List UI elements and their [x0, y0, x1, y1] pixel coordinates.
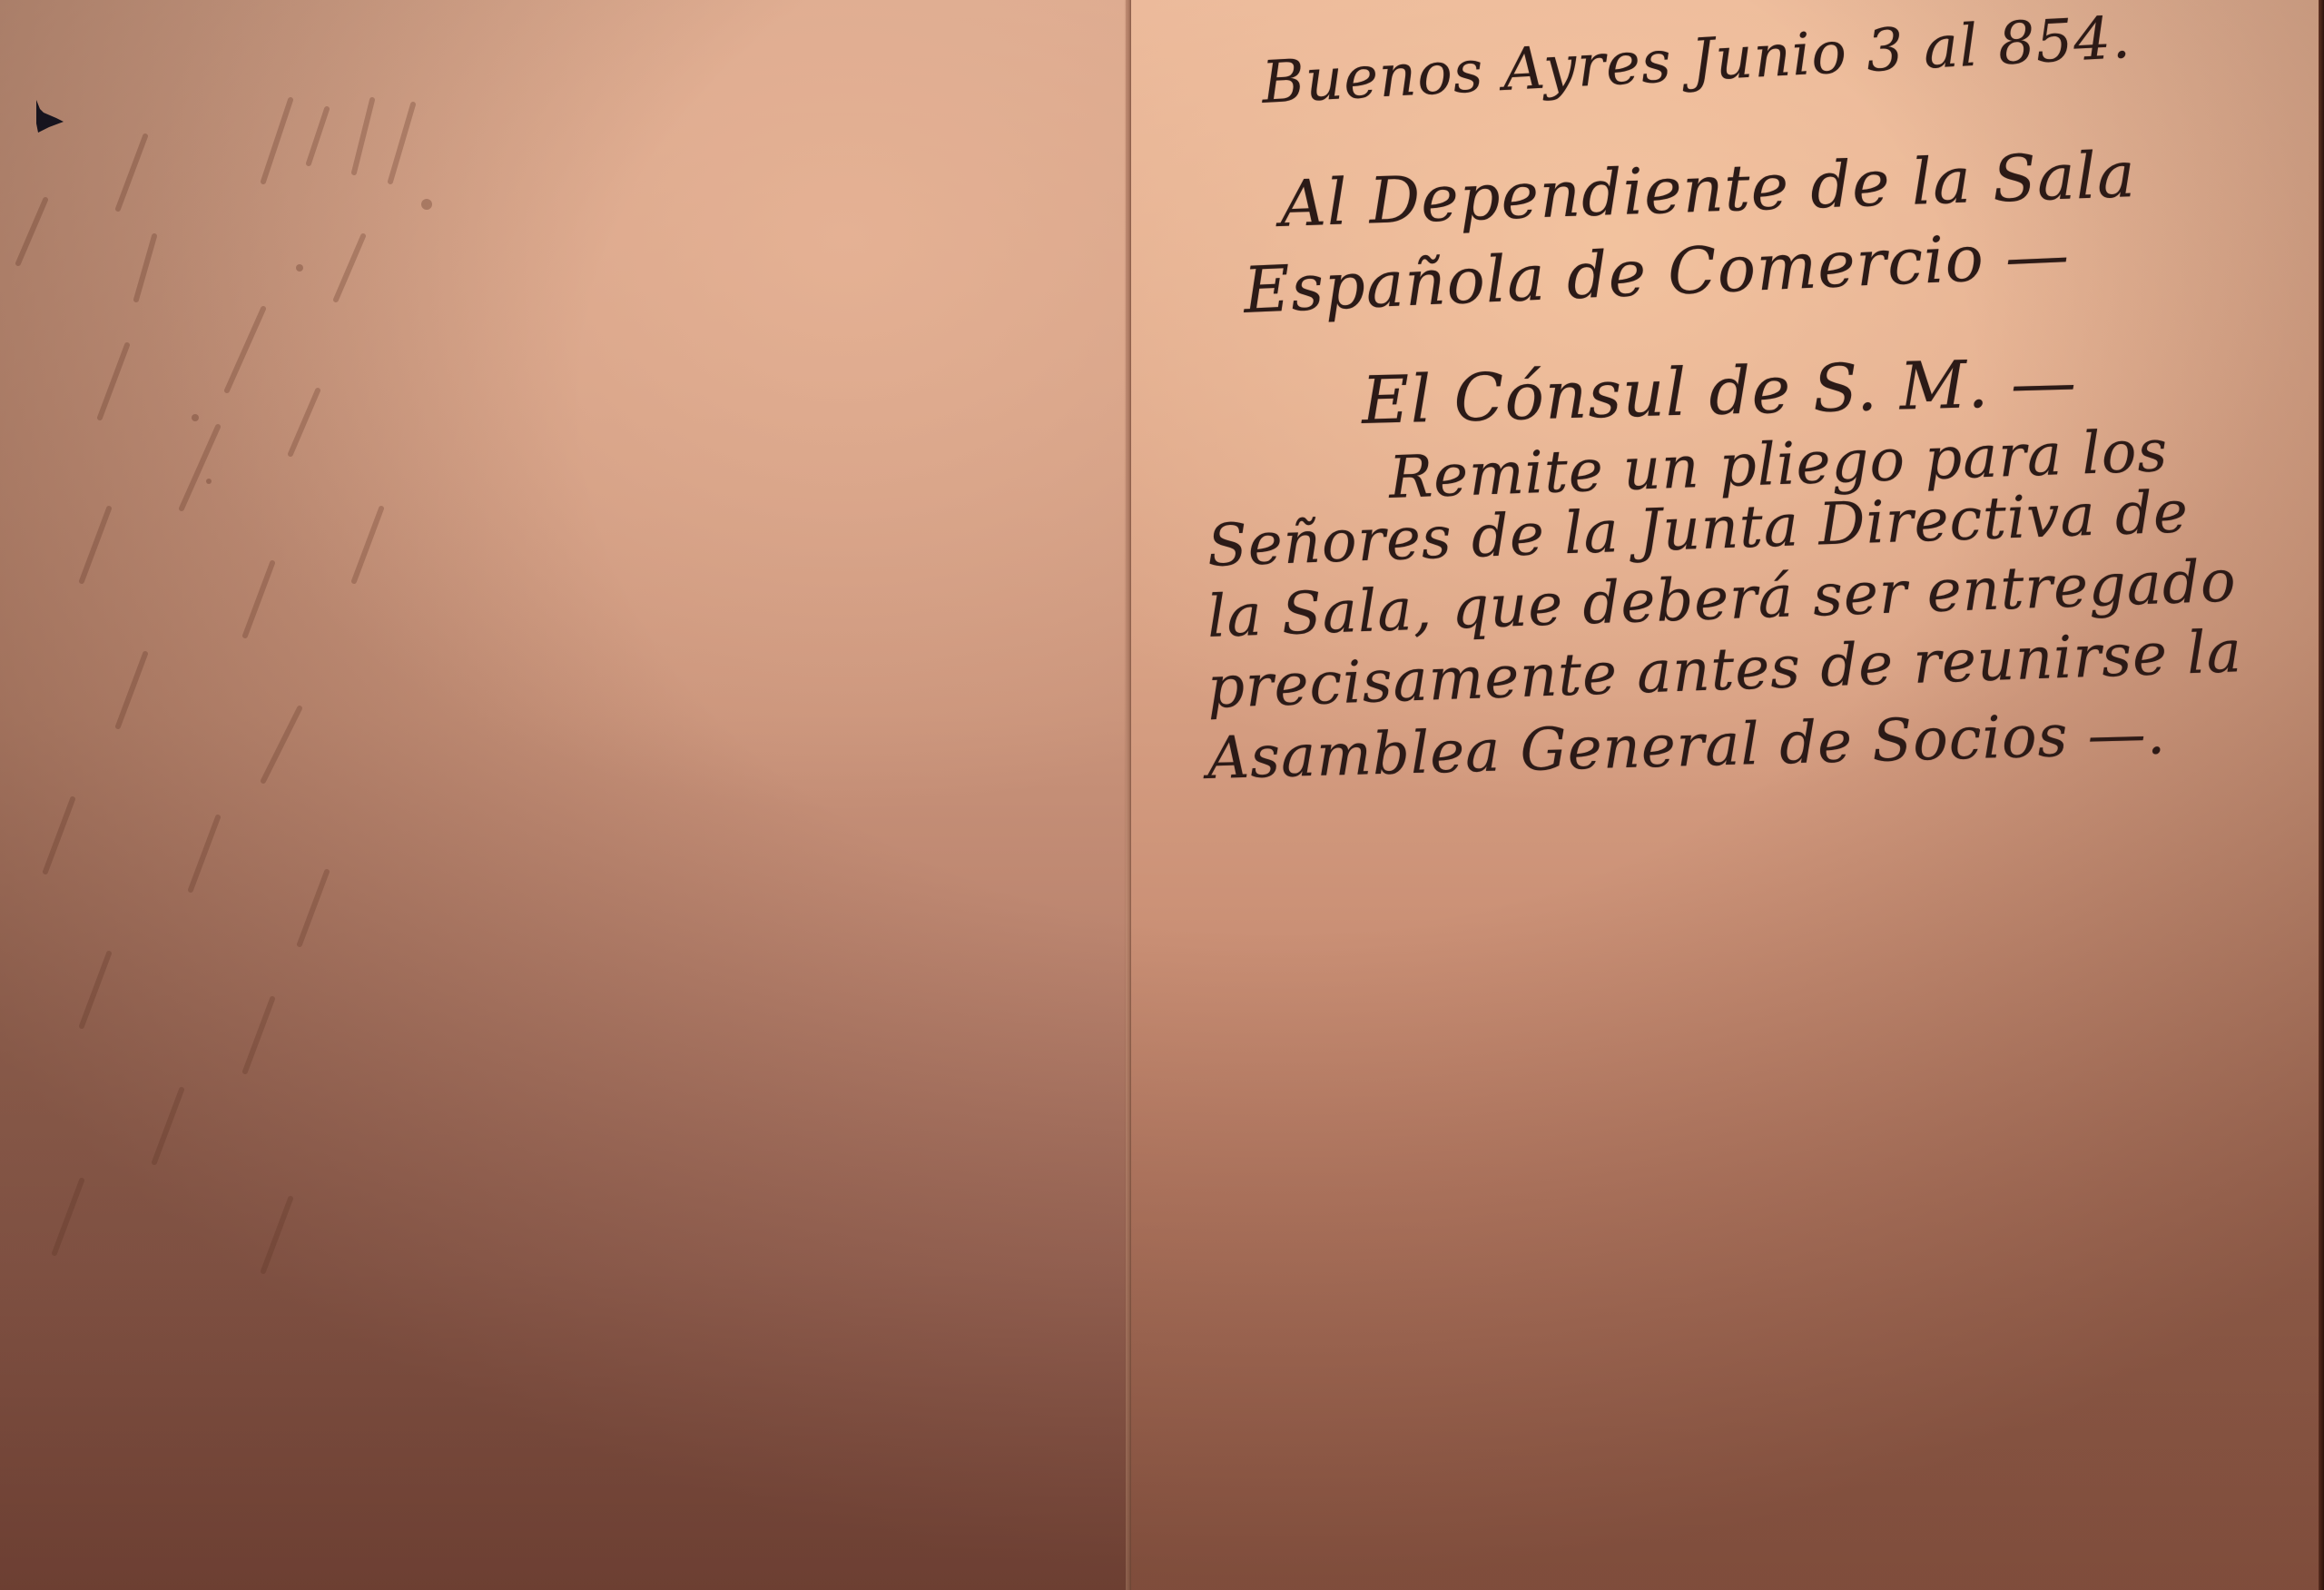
sender-line: El Cónsul de S. M. —: [1361, 349, 2078, 433]
document-photo: Buenos Ayres Junio 3 al 854. Al Dependie…: [0, 0, 2324, 1590]
ink-dot: [1975, 728, 1980, 733]
paper-edge-shadow: [2319, 0, 2324, 1590]
left-page: [0, 0, 1126, 1590]
ink-blot-icon: [33, 98, 69, 136]
ink-bleed-through: [0, 0, 1126, 1590]
